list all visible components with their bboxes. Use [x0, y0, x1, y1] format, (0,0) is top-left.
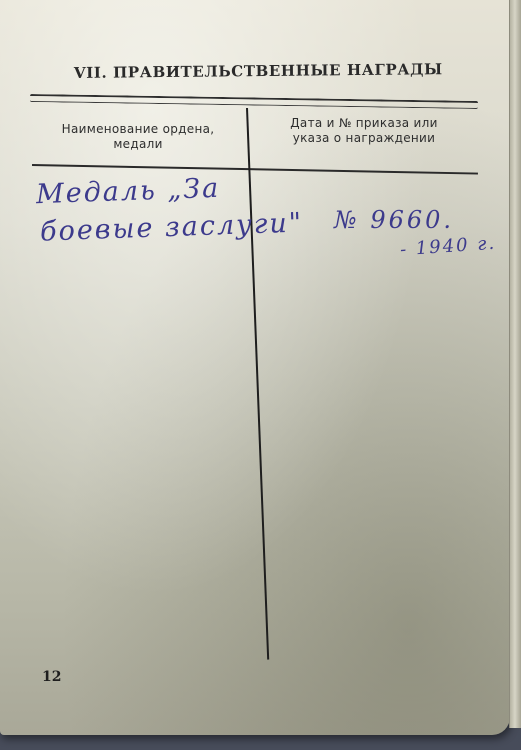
- section-title: VII. ПРАВИТЕЛЬСТВЕННЫЕ НАГРАДЫ: [74, 60, 443, 82]
- double-rule-top: [30, 94, 478, 109]
- page-number: 12: [42, 669, 61, 685]
- page-stack-edge: [509, 0, 521, 728]
- column-header-line: медали: [36, 137, 240, 152]
- photo-scene: VII. ПРАВИТЕЛЬСТВЕННЫЕ НАГРАДЫ Наименова…: [0, 0, 521, 750]
- column-header-order-date: Дата и № приказа или указа о награждении: [262, 116, 466, 146]
- document-page: VII. ПРАВИТЕЛЬСТВЕННЫЕ НАГРАДЫ Наименова…: [0, 0, 510, 735]
- column-divider: [246, 108, 269, 660]
- column-header-line: указа о награждении: [262, 131, 466, 146]
- header-rule: [32, 164, 478, 178]
- column-header-line: Дата и № приказа или: [262, 116, 466, 131]
- column-header-line: Наименование ордена,: [36, 122, 240, 137]
- order-number: № 9660.: [334, 206, 454, 234]
- award-date: - 1940 г.: [399, 233, 496, 261]
- award-name-line2: боевые заслуги": [40, 207, 304, 247]
- column-header-award-name: Наименование ордена, медали: [36, 122, 240, 152]
- award-name-line1: Медаль „За: [36, 173, 221, 210]
